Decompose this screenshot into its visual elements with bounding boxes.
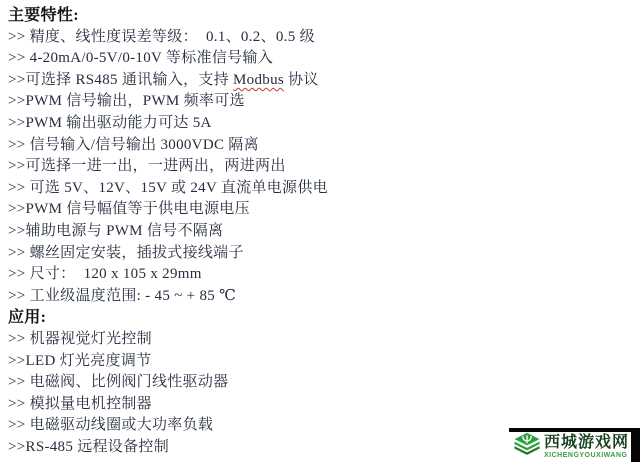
watermark-text: 西城游戏网 XICHENGYOUXIWANG bbox=[544, 435, 629, 459]
feature-item: >>可选择一进一出，一进两出，两进两出 bbox=[8, 156, 640, 178]
feature-item: >>PWM 信号输出，PWM 频率可选 bbox=[8, 91, 640, 113]
feature-item: >> 信号输入/信号输出 3000VDC 隔离 bbox=[8, 135, 640, 157]
feature-item: >> 尺寸： 120 x 105 x 29mm bbox=[8, 264, 640, 286]
application-item: >>LED 灯光亮度调节 bbox=[8, 351, 640, 373]
watermark-site-pinyin: XICHENGYOUXIWANG bbox=[544, 452, 629, 459]
layered-diamond-emblem-icon bbox=[512, 431, 542, 462]
feature-item: >>PWM 信号幅值等于供电电源电压 bbox=[8, 199, 640, 221]
feature-item: >> 4-20mA/0-5V/0-10V 等标准信号输入 bbox=[8, 48, 640, 70]
application-item: >> 模拟量电机控制器 bbox=[8, 394, 640, 416]
feature-item: >> 工业级温度范围: - 45 ~ + 85 ℃ bbox=[8, 286, 640, 308]
features-heading: 主要特性: bbox=[8, 5, 640, 27]
watermark-site-name: 西城游戏网 bbox=[544, 435, 629, 451]
feature-item: >>可选择 RS485 通讯输入，支持 Modbus 协议 bbox=[8, 70, 640, 92]
watermark-box: 西城游戏网 XICHENGYOUXIWANG bbox=[509, 432, 631, 462]
feature-item: >> 可选 5V、12V、15V 或 24V 直流单电源供电 bbox=[8, 178, 640, 200]
applications-heading: 应用: bbox=[8, 307, 640, 329]
feature-item: >> 精度、线性度误差等级： 0.1、0.2、0.5 级 bbox=[8, 27, 640, 49]
watermark-logo: 西城游戏网 XICHENGYOUXIWANG bbox=[509, 428, 640, 462]
application-item: >> 电磁阀、比例阀门线性驱动器 bbox=[8, 372, 640, 394]
feature-item: >> 螺丝固定安装，插拔式接线端子 bbox=[8, 243, 640, 265]
features-list: >> 精度、线性度误差等级： 0.1、0.2、0.5 级>> 4-20mA/0-… bbox=[8, 27, 640, 308]
feature-item: >>辅助电源与 PWM 信号不隔离 bbox=[8, 221, 640, 243]
spellcheck-underlined-word: Modbus bbox=[233, 72, 284, 88]
feature-item: >>PWM 输出驱动能力可达 5A bbox=[8, 113, 640, 135]
application-item: >> 机器视觉灯光控制 bbox=[8, 329, 640, 351]
spec-document: 主要特性: >> 精度、线性度误差等级： 0.1、0.2、0.5 级>> 4-2… bbox=[8, 5, 640, 458]
